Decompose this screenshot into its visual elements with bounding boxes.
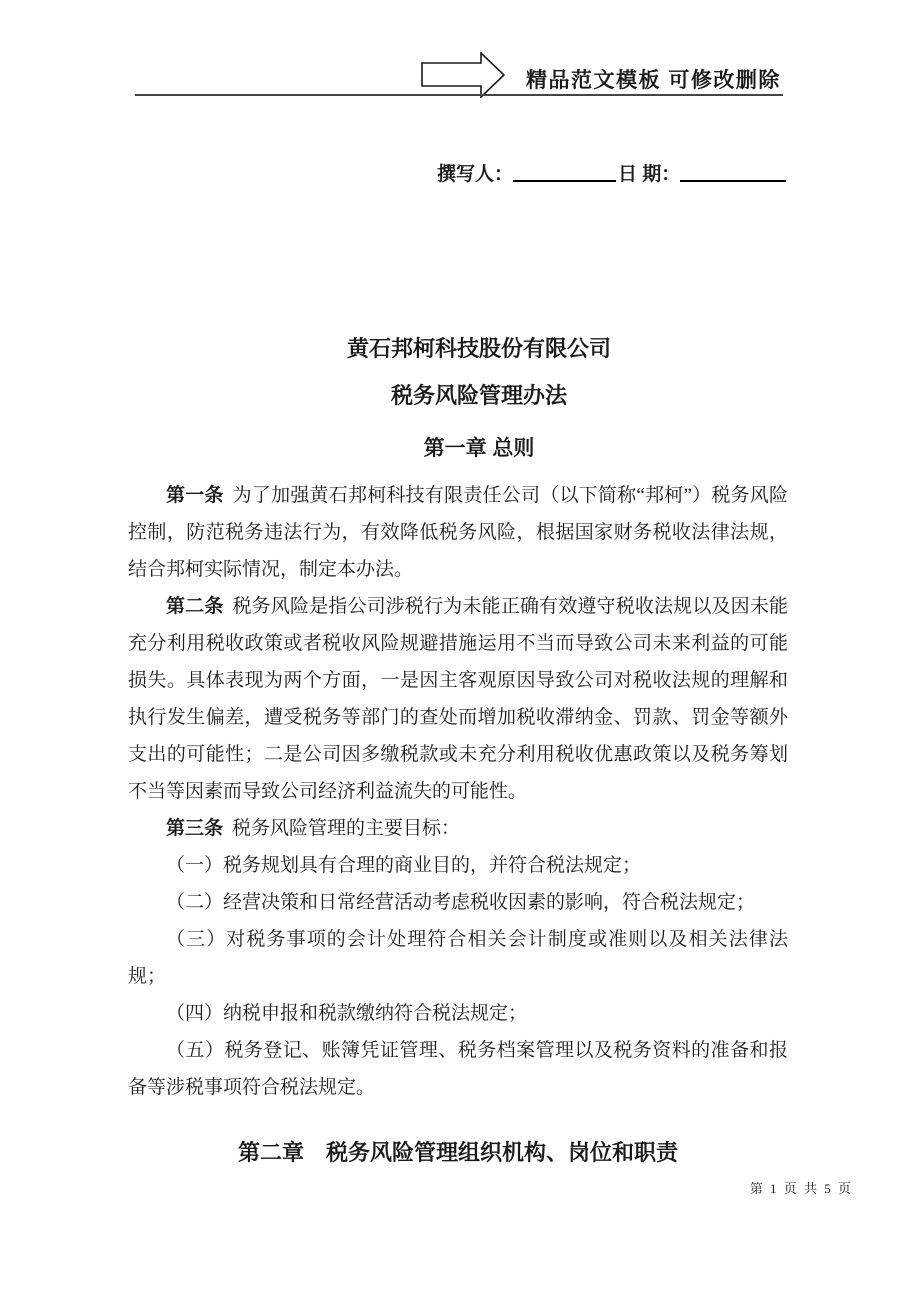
- date-label: 日 期：: [618, 164, 680, 185]
- chapter-2-heading: 第二章 税务风险管理组织机构、岗位和职责: [128, 1139, 788, 1167]
- article-2-text: 税务风险是指公司涉税行为未能正确有效遵守税收法规以及因未能充分利用税收政策或者税…: [128, 596, 788, 802]
- goal-item: （三）对税务事项的会计处理符合相关会计制度或准则以及相关法律法规；: [128, 921, 788, 995]
- byline: 撰写人：日 期：: [437, 158, 786, 186]
- article-2: 第二条税务风险是指公司涉税行为未能正确有效遵守税收法规以及因未能充分利用税收政策…: [128, 588, 788, 810]
- company-title: 黄石邦柯科技股份有限公司: [128, 336, 788, 362]
- goal-item: （五）税务登记、账簿凭证管理、税务档案管理以及税务资料的准备和报备等涉税事项符合…: [128, 1032, 788, 1106]
- right-arrow-icon: [421, 52, 505, 98]
- article-1-label: 第一条: [166, 485, 224, 506]
- goal-item: （一）税务规划具有合理的商业目的，并符合税法规定；: [128, 847, 788, 884]
- article-3: 第三条税务风险管理的主要目标：: [128, 810, 788, 847]
- document-title: 税务风险管理办法: [128, 383, 788, 409]
- author-label: 撰写人：: [437, 164, 513, 185]
- goal-item: （二）经营决策和日常经营活动考虑税收因素的影响，符合税法规定；: [128, 884, 788, 921]
- date-blank-field[interactable]: [680, 160, 786, 182]
- article-1: 第一条为了加强黄石邦柯科技有限责任公司（以下简称“邦柯”）税务风险控制，防范税务…: [128, 477, 788, 588]
- header-watermark-text: 精品范文模板 可修改删除: [526, 64, 781, 94]
- author-blank-field[interactable]: [513, 160, 616, 182]
- article-1-text: 为了加强黄石邦柯科技有限责任公司（以下简称“邦柯”）税务风险控制，防范税务违法行…: [128, 485, 788, 580]
- chapter-1-heading: 第一章 总则: [128, 436, 788, 461]
- document-body: 黄石邦柯科技股份有限公司 税务风险管理办法 第一章 总则 第一条为了加强黄石邦柯…: [128, 336, 788, 1167]
- goal-item: （四）纳税申报和税款缴纳符合税法规定；: [128, 995, 788, 1032]
- header-divider: [135, 94, 783, 96]
- page-number-info: 第 1 页 共 5 页: [750, 1178, 853, 1197]
- document-page: 精品范文模板 可修改删除 撰写人：日 期： 黄石邦柯科技股份有限公司 税务风险管…: [0, 0, 920, 1302]
- article-3-text: 税务风险管理的主要目标：: [232, 818, 460, 839]
- article-3-label: 第三条: [166, 818, 223, 839]
- article-2-label: 第二条: [166, 596, 223, 617]
